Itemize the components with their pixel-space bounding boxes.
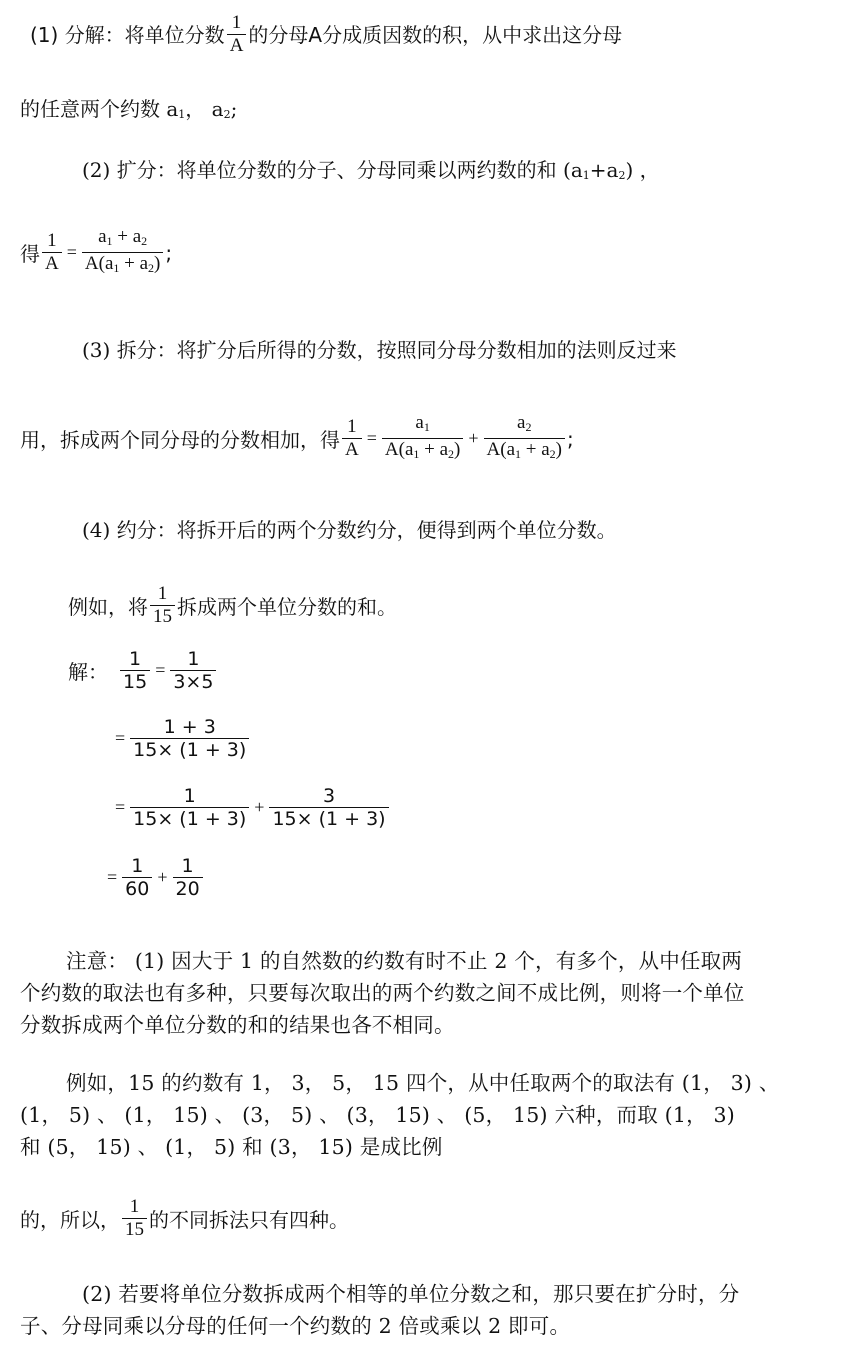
fraction-1-over-15: 1 15 [122,1196,147,1241]
fraction-1-over-a: 1 A [342,416,362,461]
note1-paragraph: 注意： (1) 因大于 1 的自然数的约数有时不止 2 个，有多个，从中任取两 … [20,945,850,1041]
step1-line: (1) 分解：将单位分数 1 A 的分母A分成质因数的积，从中求出这分母 [30,12,622,57]
step2-formula: 得 1 A = a1 + a2 A(a1 + a2) ; [20,226,172,279]
solution-line-4: = 1 60 + 1 20 [104,855,205,900]
note2-paragraph: (2) 若要将单位分数拆成两个相等的单位分数之和，那只要在扩分时，分 子、分母同… [20,1278,850,1342]
fraction-1-over-a: 1 A [227,12,247,57]
fraction-term2: a2 A(a1 + a2) [484,412,565,465]
step1-label: (1) 分解：将单位分数 [30,22,225,48]
step3-line: (3) 拆分：将扩分后所得的分数，按照同分母分数相加的法则反过来 [82,337,677,363]
fraction-expanded: a1 + a2 A(a1 + a2) [82,226,163,279]
step3-formula: 用，拆成两个同分母的分数相加，得 1 A = a1 A(a1 + a2) + a… [20,412,574,465]
conclusion-line: 的，所以， 1 15 的不同拆法只有四种。 [20,1196,349,1241]
solution-line-1: 解： 1 15 = 1 3×5 [68,648,218,693]
step4-line: (4) 约分：将拆开后的两个分数约分，便得到两个单位分数。 [82,517,617,543]
fraction-term1: a1 A(a1 + a2) [382,412,463,465]
example-intro: 例如，将 1 15 拆成两个单位分数的和。 [68,583,397,628]
solution-line-3: = 1 15× (1 + 3) + 3 15× (1 + 3) [112,785,391,830]
fraction-1-over-15: 1 15 [150,583,175,628]
step1-continuation: 的任意两个约数 a1， a2; [20,96,237,128]
example2-paragraph: 例如，15 的约数有 1， 3， 5， 15 四个，从中任取两个的取法有 (1，… [20,1067,850,1163]
solution-label: 解： [68,656,108,685]
solution-line-2: = 1 + 3 15× (1 + 3) [112,716,251,761]
step2-line: (2) 扩分：将单位分数的分子、分母同乘以两约数的和 (a1+a2) ， [82,157,660,189]
step1-rest: 的分母A分成质因数的积，从中求出这分母 [248,22,622,48]
fraction-1-over-a: 1 A [42,230,62,275]
